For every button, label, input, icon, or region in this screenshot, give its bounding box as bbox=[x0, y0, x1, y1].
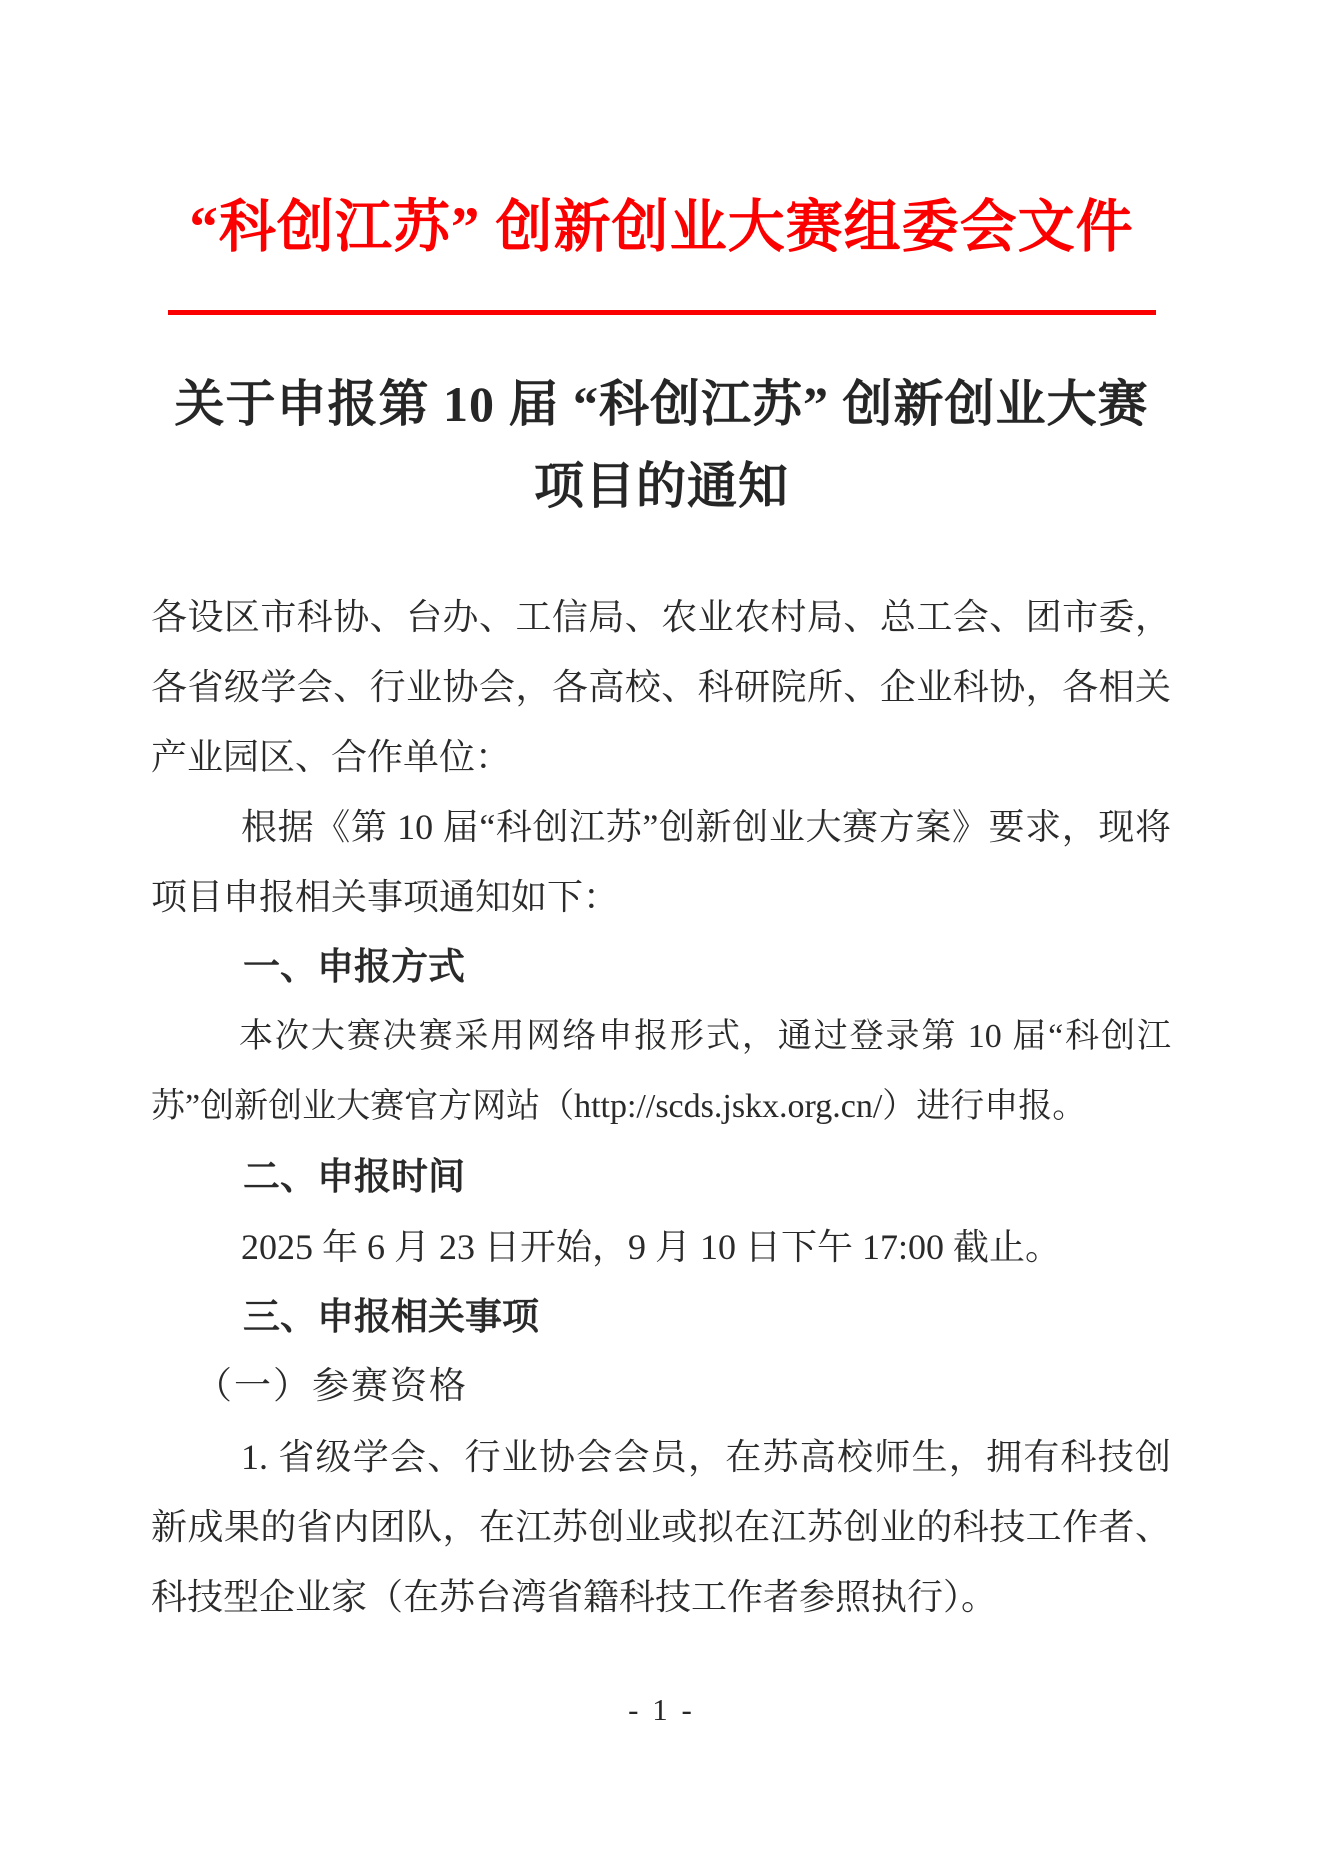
intro-paragraph: 根据《第 10 届“科创江苏”创新创业大赛方案》要求，现将项目申报相关事项通知如… bbox=[151, 792, 1171, 932]
document-body: 各设区市科协、台办、工信局、农业农村局、总工会、团市委，各省级学会、行业协会，各… bbox=[151, 582, 1171, 1632]
section-heading-related-matters: 三、申报相关事项 bbox=[151, 1282, 1171, 1352]
document-header-title: “科创江苏” 创新创业大赛组委会文件 bbox=[0, 0, 1323, 260]
page-number: - 1 - bbox=[0, 1692, 1323, 1728]
paragraph-application-method: 本次大赛决赛采用网络申报形式，通过登录第 10 届“科创江苏”创新创业大赛官方网… bbox=[151, 1002, 1171, 1142]
paragraph-eligibility: 1. 省级学会、行业协会会员，在苏高校师生，拥有科技创新成果的省内团队，在江苏创… bbox=[151, 1422, 1171, 1632]
section-heading-application-method: 一、申报方式 bbox=[151, 932, 1171, 1002]
document-title: 关于申报第 10 届 “科创江苏” 创新创业大赛 项目的通知 bbox=[0, 363, 1323, 527]
subsection-heading-eligibility: （一）参赛资格 bbox=[151, 1352, 1171, 1422]
document-title-line2: 项目的通知 bbox=[0, 445, 1323, 527]
section-heading-application-time: 二、申报时间 bbox=[151, 1142, 1171, 1212]
salutation-paragraph: 各设区市科协、台办、工信局、农业农村局、总工会、团市委，各省级学会、行业协会，各… bbox=[151, 582, 1171, 792]
document-page: “科创江苏” 创新创业大赛组委会文件 关于申报第 10 届 “科创江苏” 创新创… bbox=[0, 0, 1323, 1871]
document-title-line1: 关于申报第 10 届 “科创江苏” 创新创业大赛 bbox=[0, 363, 1323, 445]
paragraph-application-time: 2025 年 6 月 23 日开始，9 月 10 日下午 17:00 截止。 bbox=[151, 1212, 1171, 1282]
red-divider bbox=[168, 310, 1156, 315]
